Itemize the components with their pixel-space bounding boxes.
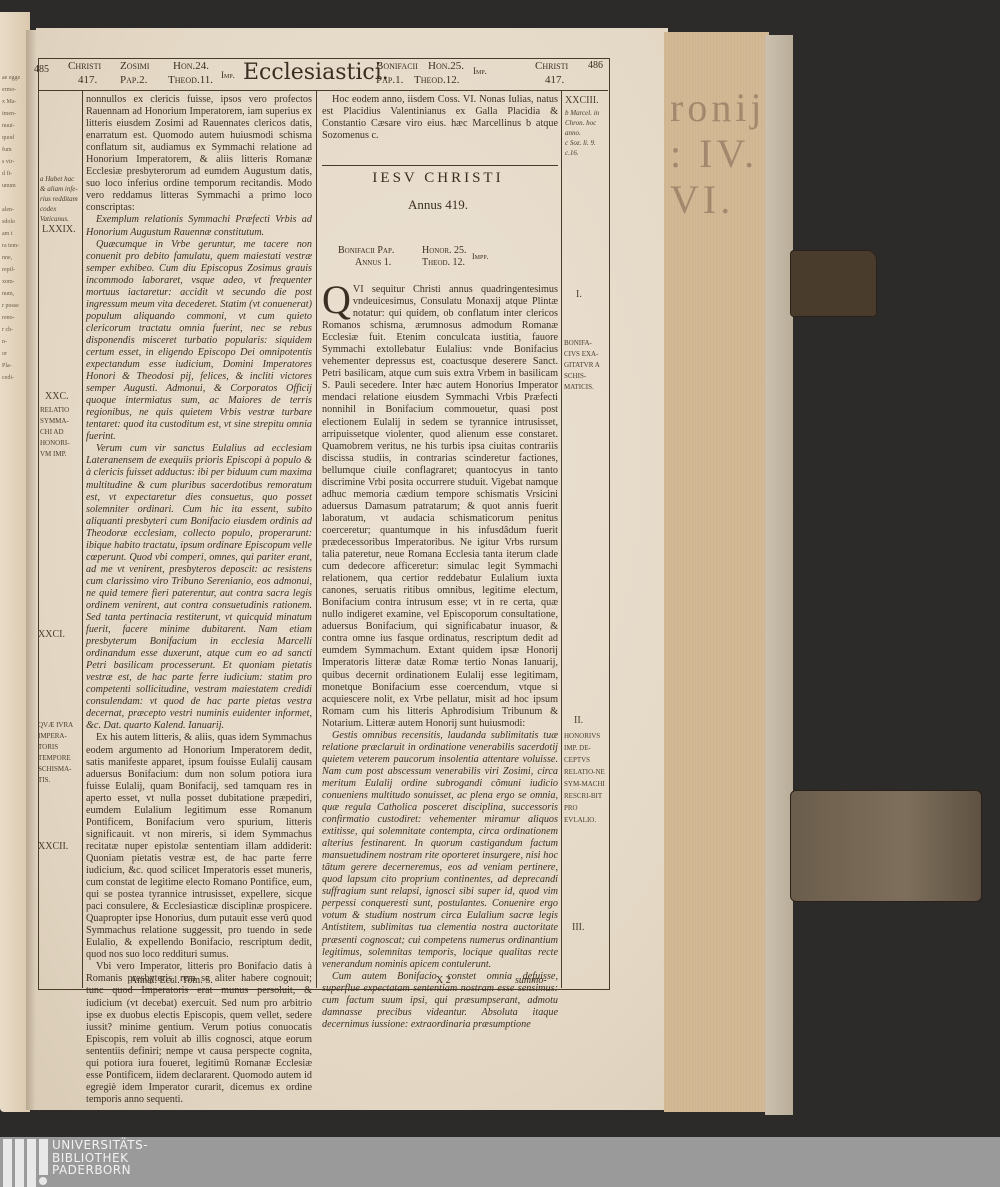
header-christi-l1: Christi (68, 60, 101, 72)
margin-number-xxci: XXCI. (38, 630, 65, 640)
margin-number-lxxix: LXXIX. (42, 225, 76, 235)
logo-line-3: PADERBORN (52, 1164, 148, 1177)
paragraph: Hoc eodem anno, iisdem Coss. VI. Nonas I… (322, 94, 558, 142)
right-text-column: QVI sequitur Christi annus quadringentes… (322, 284, 558, 1031)
margin-number-xxciii: XXCIII. (565, 96, 599, 106)
margin-note-i: BONIFA-CIVS EXA-GITATVR A SCHIS-MATICIS. (564, 338, 606, 393)
margin-note-a: a Habet hac & aliam infe-rius redditam c… (40, 174, 80, 224)
section-title-block: IESV CHRISTI Annus 419. (318, 170, 558, 213)
paragraph: QVI sequitur Christi annus quadringentes… (322, 284, 558, 730)
library-name: UNIVERSITÄTS- BIBLIOTHEK PADERBORN (52, 1139, 148, 1177)
paragraph: nonnullos ex clericis fuisse, ipsos vero… (86, 94, 312, 214)
column-divider-rule (316, 90, 317, 988)
logo-line-1: UNIVERSITÄTS- (52, 1139, 148, 1152)
scan-background: ae egge ermo- x Ma- imen- nuui- quod fum… (0, 0, 1000, 1137)
volume-footer: Annal. Eccl. Tom. 5. (130, 975, 213, 986)
header-pap1: Pap.1. (376, 74, 403, 86)
header-bonifacii: Bonifacii (376, 60, 418, 72)
left-page-text: ae egge ermo- x Ma- imen- nuui- quod fum… (2, 72, 28, 972)
right-margin-rule (561, 90, 562, 988)
left-text-column: nonnullos ex clericis fuisse, ipsos vero… (86, 94, 312, 1106)
header-hon24: Hon.24. (173, 60, 209, 72)
paragraph: Ex his autem litteris, & aliis, quas ide… (86, 732, 312, 961)
cover-edge (765, 35, 793, 1115)
margin-number-ii: II. (574, 716, 583, 726)
header-pap2: Pap.2. (120, 74, 147, 86)
header-christi-right-l2: 417. (545, 74, 564, 86)
impp-label: Impp. (472, 251, 489, 263)
paragraph: Gestis omnibus recensitis, laudanda subl… (322, 730, 558, 971)
section-title: IESV CHRISTI (318, 170, 558, 187)
header-imp-left: Imp. (221, 70, 235, 80)
header-theod12: Theod.12. (414, 74, 459, 86)
margin-number-xxc: XXC. (45, 392, 69, 402)
margin-note-ii: HONORIVS IMP. DE-CEPTVS RELATIO-NE SYM-M… (564, 730, 606, 826)
right-page-number: 486 (588, 60, 603, 71)
margin-note-xxci: QVÆ IVRA IMPERA-TORIS TEMPORE SCHISMA-TI… (38, 720, 80, 786)
header-hon25: Hon.25. (428, 60, 464, 72)
paragraph-heading: Exemplum relationis Symmachi Præfecti Vr… (86, 214, 312, 238)
margin-number-iii: III. (572, 923, 585, 933)
paragraph: Quæcumque in Vrbe geruntur, me tacere no… (86, 239, 312, 444)
pope-year-l2: Annus 1. (355, 257, 391, 269)
header-title: Ecclesiastici. (243, 60, 389, 85)
signature-mark: X 2 (436, 975, 451, 986)
left-page-number: 485 (34, 64, 49, 75)
margin-note-xxc: RELATIO SYMMA-CHI AD HONORI-VM IMP. (40, 405, 80, 460)
running-header: 485 Christi 417. Zosimi Pap.2. Hon.24. T… (38, 58, 608, 91)
section-rule (322, 165, 558, 166)
right-text-top: Hoc eodem anno, iisdem Coss. VI. Nonas I… (322, 94, 558, 142)
margin-note-c: c Soz. li. 9. c.16. (565, 138, 607, 158)
header-theod11: Theod.11. (168, 74, 213, 86)
margin-number-i: I. (576, 290, 582, 300)
header-christi-l2: 417. (78, 74, 97, 86)
catchword: summo- (515, 975, 547, 986)
header-zosimi: Zosimi (120, 60, 149, 72)
left-margin-rule (82, 90, 83, 988)
emperor-year-l1: Honor. 25. (422, 245, 467, 257)
header-christi-right-l1: Christi (535, 60, 568, 72)
library-footer: UNIVERSITÄTS- BIBLIOTHEK PADERBORN (0, 1137, 1000, 1187)
emperor-year-l2: Theod. 12. (422, 257, 465, 269)
pope-year-l1: Bonifacii Pap. (338, 245, 394, 257)
header-imp-right: Imp. (473, 66, 487, 76)
book-clasp-bottom (790, 790, 982, 902)
margin-note-b: b Marcel. in Chron. hoc anno. (565, 108, 607, 138)
spine-inscription: ronij : IV. VI. (670, 85, 766, 223)
paragraph: Verum cum vir sanctus Eulalius ad eccles… (86, 443, 312, 732)
year-label: Annus 419. (318, 197, 558, 213)
margin-number-xxcii: XXCII. (38, 842, 68, 852)
drop-cap: Q (322, 284, 351, 316)
book-clasp-top (790, 250, 877, 317)
paragraph-text: VI sequitur Christi annus quadringentesi… (322, 284, 558, 729)
